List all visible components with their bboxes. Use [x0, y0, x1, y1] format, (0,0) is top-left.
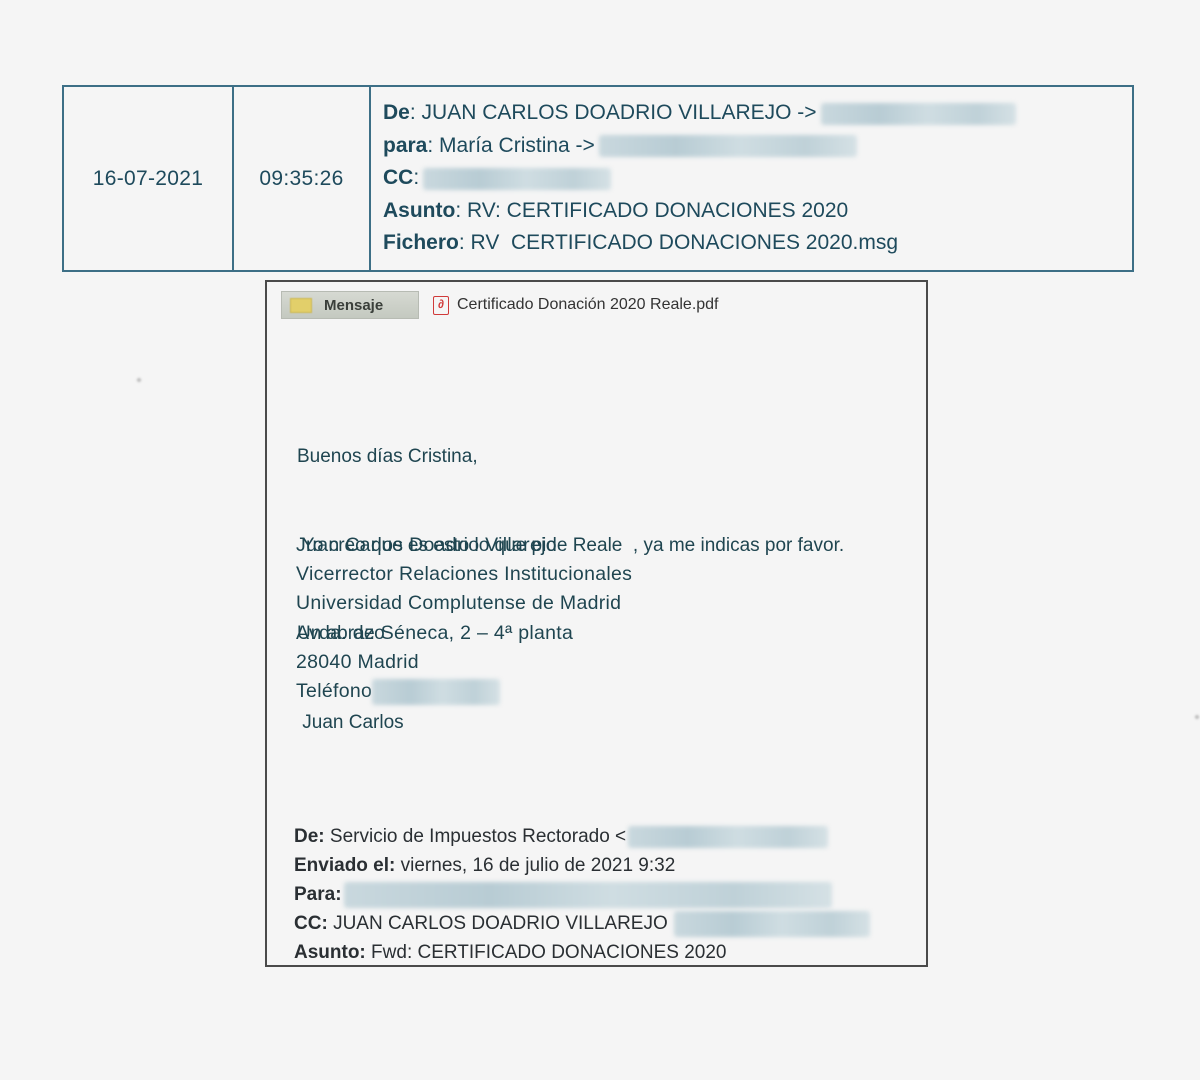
- fwd-subject-value: Fwd: CERTIFICADO DONACIONES 2020: [371, 938, 726, 967]
- scan-speck: [137, 378, 141, 382]
- log-time-value: 09:35:26: [259, 167, 343, 191]
- log-date: 16-07-2021: [64, 87, 234, 270]
- sig-city: 28040 Madrid: [296, 648, 632, 677]
- body-signoff: Juan Carlos: [297, 708, 844, 738]
- meta-file-label: Fichero: [383, 227, 459, 260]
- meta-from: De: JUAN CARLOS DOADRIO VILLAREJO ->: [383, 97, 1016, 130]
- forwarded-header: De: Servicio de Impuestos Rectorado < En…: [294, 822, 870, 967]
- fwd-sent-value: viernes, 16 de julio de 2021 9:32: [401, 851, 676, 880]
- sig-address: Avda. de Séneca, 2 – 4ª planta: [296, 619, 632, 648]
- attachment-bar: Mensaje ∂ Certificado Donación 2020 Real…: [281, 290, 719, 320]
- redacted-fwd-to: [344, 882, 832, 908]
- fwd-from-label: De:: [294, 822, 325, 851]
- fwd-subject-label: Asunto:: [294, 938, 366, 967]
- fwd-from-value: Servicio de Impuestos Rectorado <: [330, 822, 626, 851]
- log-time: 09:35:26: [234, 87, 371, 270]
- log-date-value: 16-07-2021: [93, 167, 203, 191]
- pdf-attachment[interactable]: ∂ Certificado Donación 2020 Reale.pdf: [433, 296, 719, 315]
- sig-name: Juan Carlos Doadrio Villarejo: [296, 531, 632, 560]
- meta-cc-label: CC: [383, 162, 413, 195]
- fwd-to-label: Para:: [294, 880, 342, 909]
- meta-to-value: María Cristina ->: [439, 130, 595, 163]
- redacted-fwd-from-email: [628, 826, 828, 848]
- redacted-from-email: [821, 103, 1016, 125]
- meta-to-label: para: [383, 130, 427, 163]
- sig-phone: Teléfono: [296, 677, 632, 706]
- meta-from-value: JUAN CARLOS DOADRIO VILLAREJO ->: [422, 97, 817, 130]
- redacted-fwd-cc: [674, 911, 870, 937]
- fwd-sent-label: Enviado el:: [294, 851, 395, 880]
- meta-to: para: María Cristina ->: [383, 130, 857, 163]
- meta-subject-label: Asunto: [383, 195, 455, 228]
- sig-title: Vicerrector Relaciones Institucionales: [296, 560, 632, 589]
- redacted-cc-email: [423, 168, 611, 190]
- meta-file-value: RV CERTIFICADO DONACIONES 2020.msg: [471, 227, 899, 260]
- meta-subject-value: RV: CERTIFICADO DONACIONES 2020: [467, 195, 848, 228]
- meta-subject: Asunto: RV: CERTIFICADO DONACIONES 2020: [383, 195, 848, 228]
- fwd-cc-label: CC:: [294, 909, 328, 938]
- pdf-attachment-name: Certificado Donación 2020 Reale.pdf: [457, 296, 719, 314]
- fwd-subject: Asunto: Fwd: CERTIFICADO DONACIONES 2020: [294, 938, 870, 967]
- pdf-icon: ∂: [433, 296, 449, 315]
- email-message-view: Mensaje ∂ Certificado Donación 2020 Real…: [265, 280, 928, 967]
- email-log-table: 16-07-2021 09:35:26 De: JUAN CARLOS DOAD…: [62, 85, 1134, 272]
- redacted-phone: [372, 679, 500, 705]
- scan-speck: [1195, 715, 1199, 719]
- redacted-to-email: [599, 135, 857, 157]
- meta-from-label: De: [383, 97, 410, 130]
- fwd-to: Para:: [294, 880, 870, 909]
- sig-phone-label: Teléfono: [296, 677, 372, 706]
- meta-file: Fichero: RV CERTIFICADO DONACIONES 2020.…: [383, 227, 898, 260]
- fwd-cc: CC: JUAN CARLOS DOADRIO VILLAREJO: [294, 909, 870, 938]
- log-metadata: De: JUAN CARLOS DOADRIO VILLAREJO -> par…: [371, 87, 1132, 270]
- fwd-sent: Enviado el: viernes, 16 de julio de 2021…: [294, 851, 870, 880]
- meta-cc: CC:: [383, 162, 611, 195]
- email-signature: Juan Carlos Doadrio Villarejo Vicerrecto…: [296, 531, 632, 706]
- body-greeting: Buenos días Cristina,: [297, 442, 844, 472]
- sig-org: Universidad Complutense de Madrid: [296, 589, 632, 618]
- fwd-cc-value: JUAN CARLOS DOADRIO VILLAREJO: [333, 909, 668, 938]
- envelope-icon: [290, 298, 312, 313]
- message-tab[interactable]: Mensaje: [281, 291, 419, 319]
- fwd-from: De: Servicio de Impuestos Rectorado <: [294, 822, 870, 851]
- message-tab-label: Mensaje: [324, 297, 383, 314]
